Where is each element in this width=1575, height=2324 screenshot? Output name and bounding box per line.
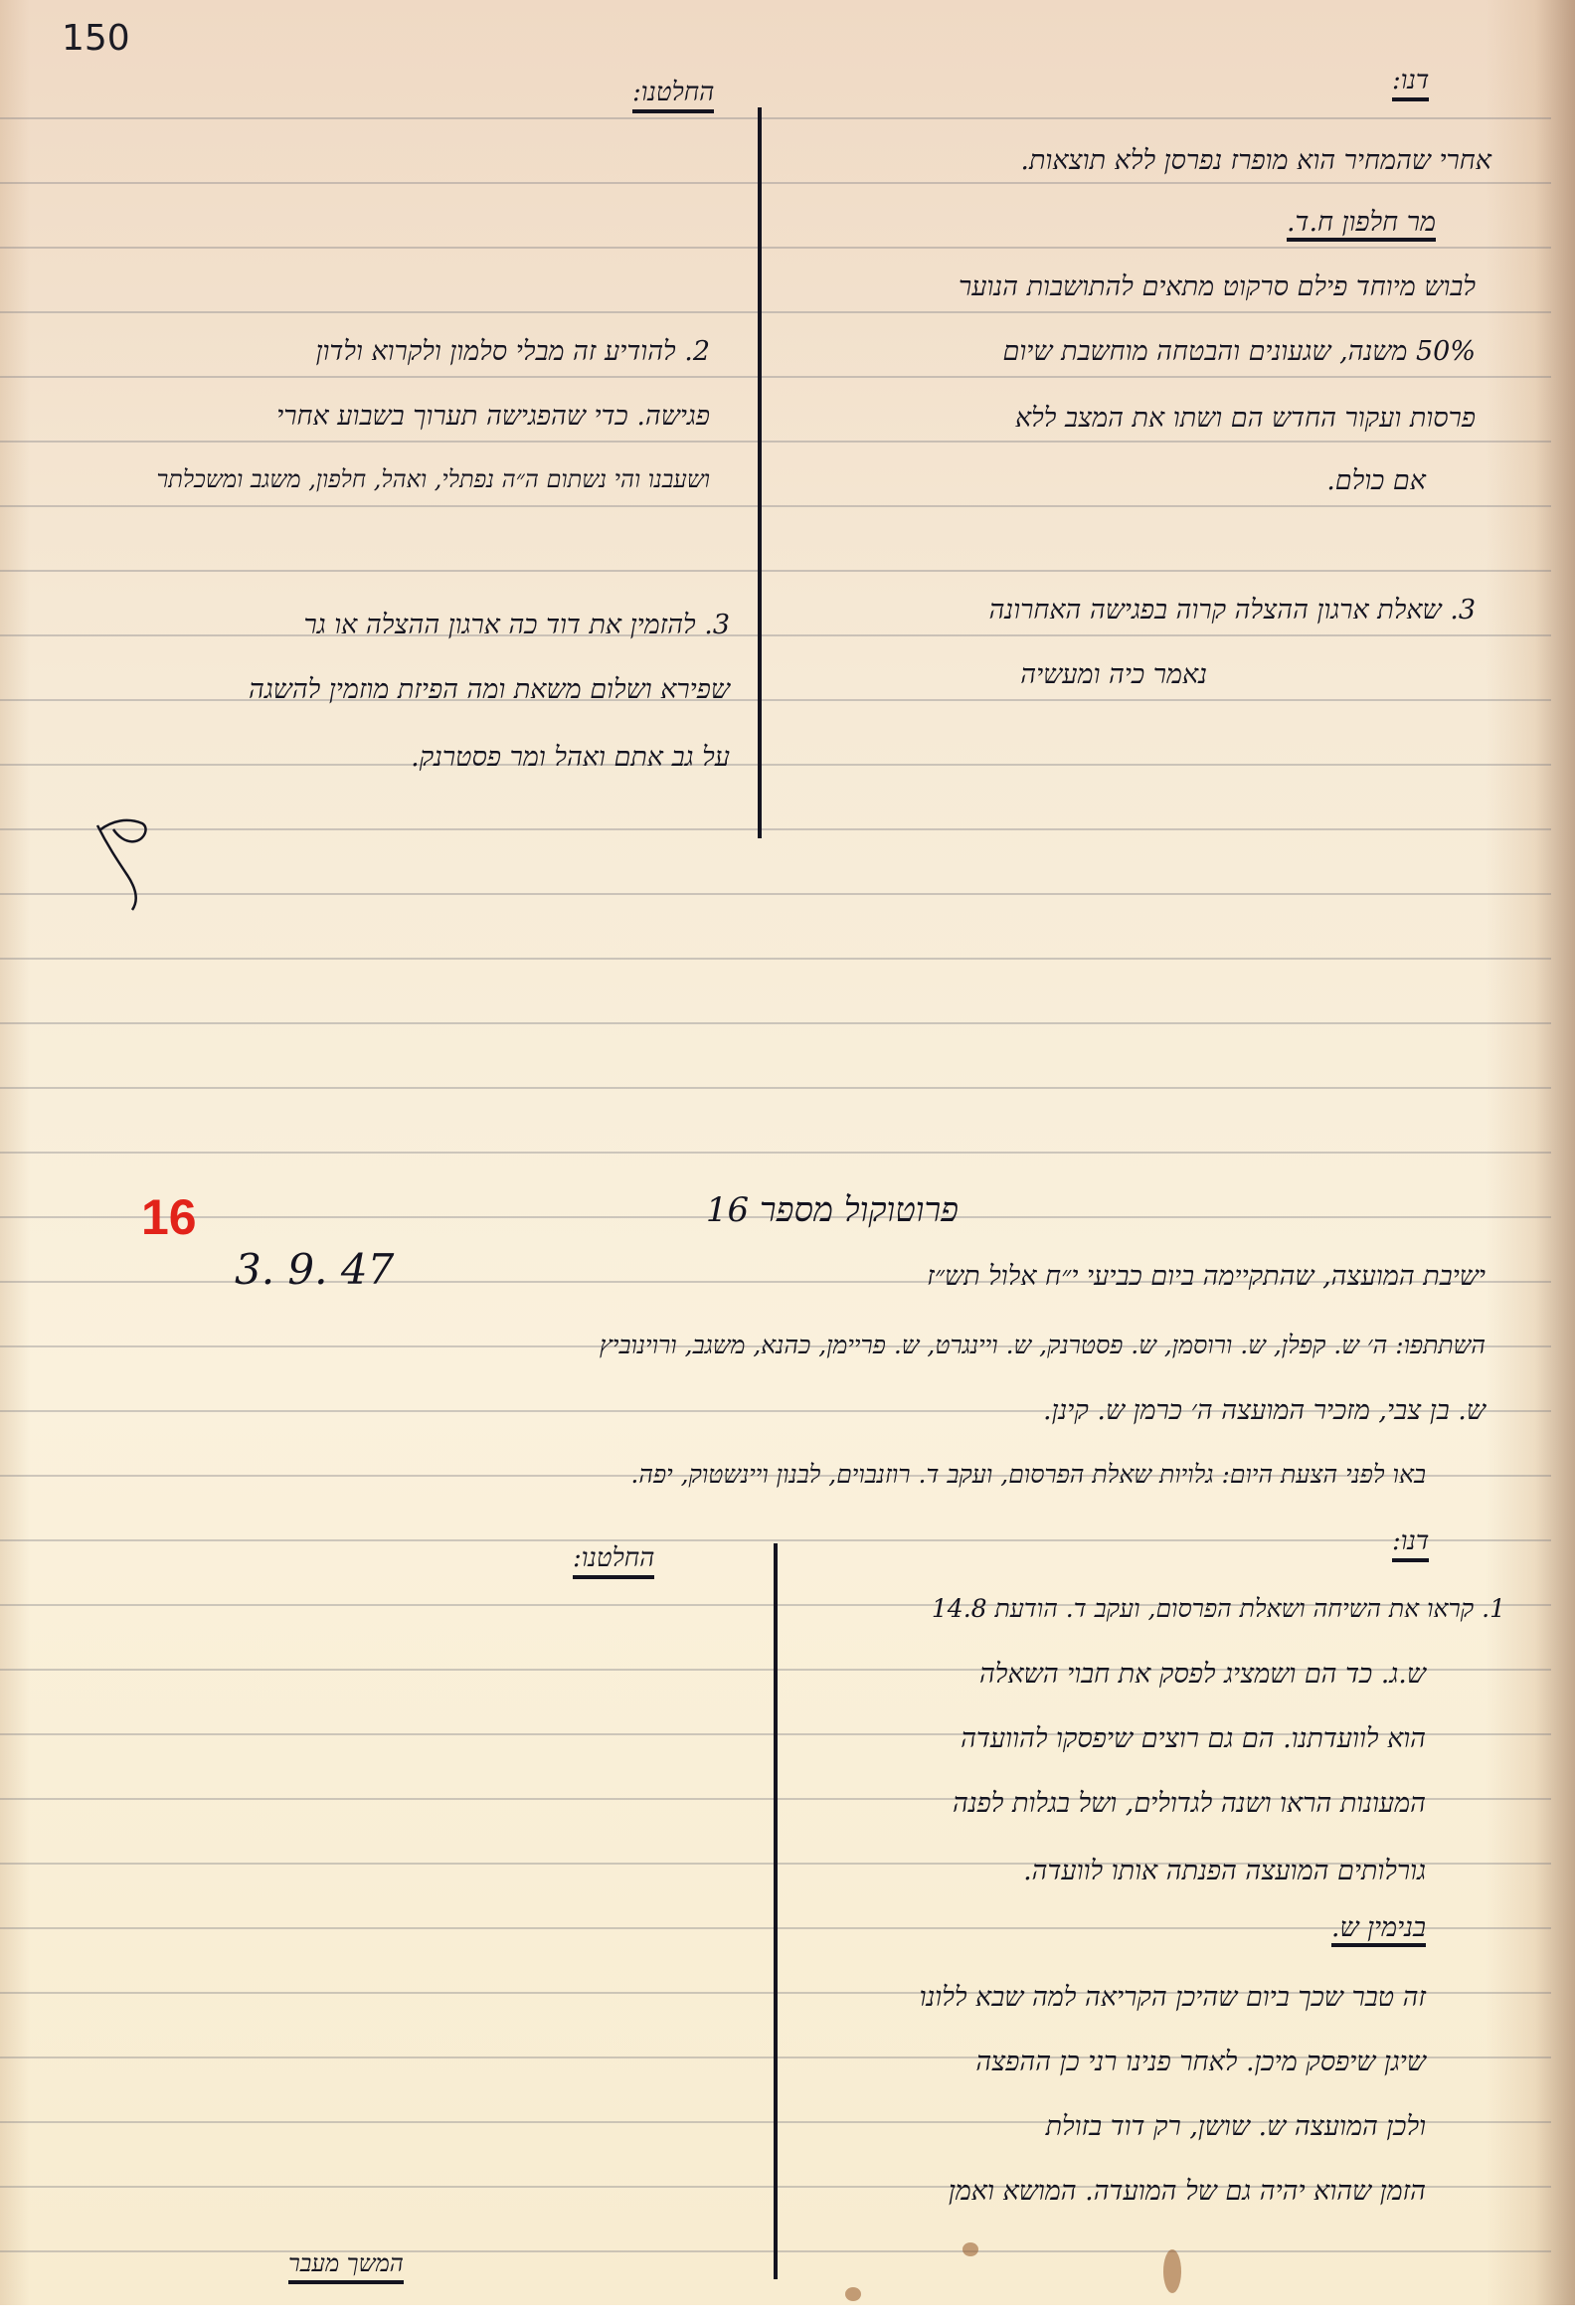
page-number: 150	[62, 18, 130, 59]
discussed-line: המעונות הראו ושנה לגדולים, ושל בגלות לפנ…	[953, 1790, 1426, 1817]
scan-border	[0, 2305, 1575, 2324]
discussed-line: נאמר כיה ומעשיה	[1020, 661, 1207, 688]
signature	[87, 805, 167, 915]
decided-line: ושעבנו והי נשתום ה״ה נפתלי, ואהל, חלפון,…	[156, 467, 710, 491]
discussed-line: זה טבר שכך ביום שהיכן הקריאה למה שבא ללו…	[920, 1984, 1426, 2011]
discussed-line: גורלותים המועצה הפנתה אותו לוועדה.	[1023, 1858, 1426, 1884]
discussed-line: לבוש מיוחד פילם סרקוט מתאים להתושבות הנו…	[959, 273, 1476, 300]
discussed-line: הזמן שהוא יהיה גם של המועדה. המושא ואמן	[949, 2178, 1426, 2205]
speaker-heading: מר חלפון ח.ד.	[1287, 209, 1436, 242]
decided-line: 3. להזמין את דוד כה ארגון ההצלה או גר	[303, 612, 730, 638]
decided-line: 2. להודיע זה מבלי סלמון ולקרוא ולדון	[316, 338, 710, 365]
ink-stain	[962, 2242, 978, 2256]
discussed-line: הוא לוועדתנו. הם גם רוצים שיפסקו להוועדה	[961, 1725, 1426, 1752]
opening-line: ישיבת המועצה, שהתקיימה ביום כביעי י״ח אל…	[927, 1263, 1486, 1290]
decided-line: שפירא ושלום משאת ומה הפיזת מוזמין להשגה	[249, 676, 730, 703]
decided-heading: החלטנו:	[632, 78, 714, 113]
discussed-heading: דנו:	[1392, 1526, 1429, 1562]
discussed-line: שיגן שיפסק מיכן. לאחר פנינו רני כן ההפצה	[975, 2049, 1426, 2075]
decided-line: פגישה. כדי שהפגישה תערוך בשבוע אחרי	[276, 403, 710, 430]
attendees-line: השתתפו: ה׳ ש. קפלן, ש. ורוסמן, ש. פסטרנק…	[600, 1333, 1486, 1357]
meeting-date: 3. 9. 47	[235, 1245, 394, 1294]
discussed-line: אם כולם.	[1326, 467, 1426, 494]
speaker-heading: בנימין ש.	[1331, 1914, 1426, 1947]
discussed-heading: דנו:	[1392, 66, 1429, 101]
discussed-line: פרסות ועקור החדש הם ושתו את המצב ללא	[1015, 405, 1476, 432]
decided-line: על גב אתם ואהל ומר פסטרנק.	[411, 744, 730, 771]
column-divider-bottom	[774, 1543, 778, 2279]
agenda-line: באו לפני הצעת היום: גלויות שאלת הפרסום, …	[630, 1462, 1426, 1487]
column-divider-top	[758, 107, 762, 838]
discussed-line: ש.ג. כד הם ושמציג לפסק את חבוי השאלה	[979, 1661, 1426, 1688]
annotation-number: 16	[141, 1188, 197, 1246]
discussed-line: 50% משנה, שגעונים והבטחה מוחשבת שיום	[1003, 338, 1476, 365]
ink-stain	[845, 2287, 861, 2301]
protocol-title: פרוטוקול מספר 16	[706, 1193, 959, 1227]
discussed-line: 3. שאלת ארגון ההצלה קרוה בפגישה האחרונה	[989, 597, 1476, 624]
ink-stain	[1163, 2249, 1181, 2293]
decided-heading: החלטנו:	[573, 1543, 654, 1579]
discussed-line: ולכן המועצה ש. שושן, רק דוד בזולת	[1046, 2113, 1426, 2140]
discussed-line: 1. קראו את השיחה ושאלת הפרסום, ועקב ד. ה…	[932, 1596, 1505, 1621]
discussed-line: אחרי שהמחיר הוא מופרז נפרסן ללא תוצאות.	[1020, 147, 1491, 174]
attendees-line: ש. בן צבי, מזכיר המועצה ה׳ כרמן ש. קינן.	[1043, 1397, 1486, 1424]
continued-overleaf-label: המשך מעבר	[288, 2249, 404, 2284]
